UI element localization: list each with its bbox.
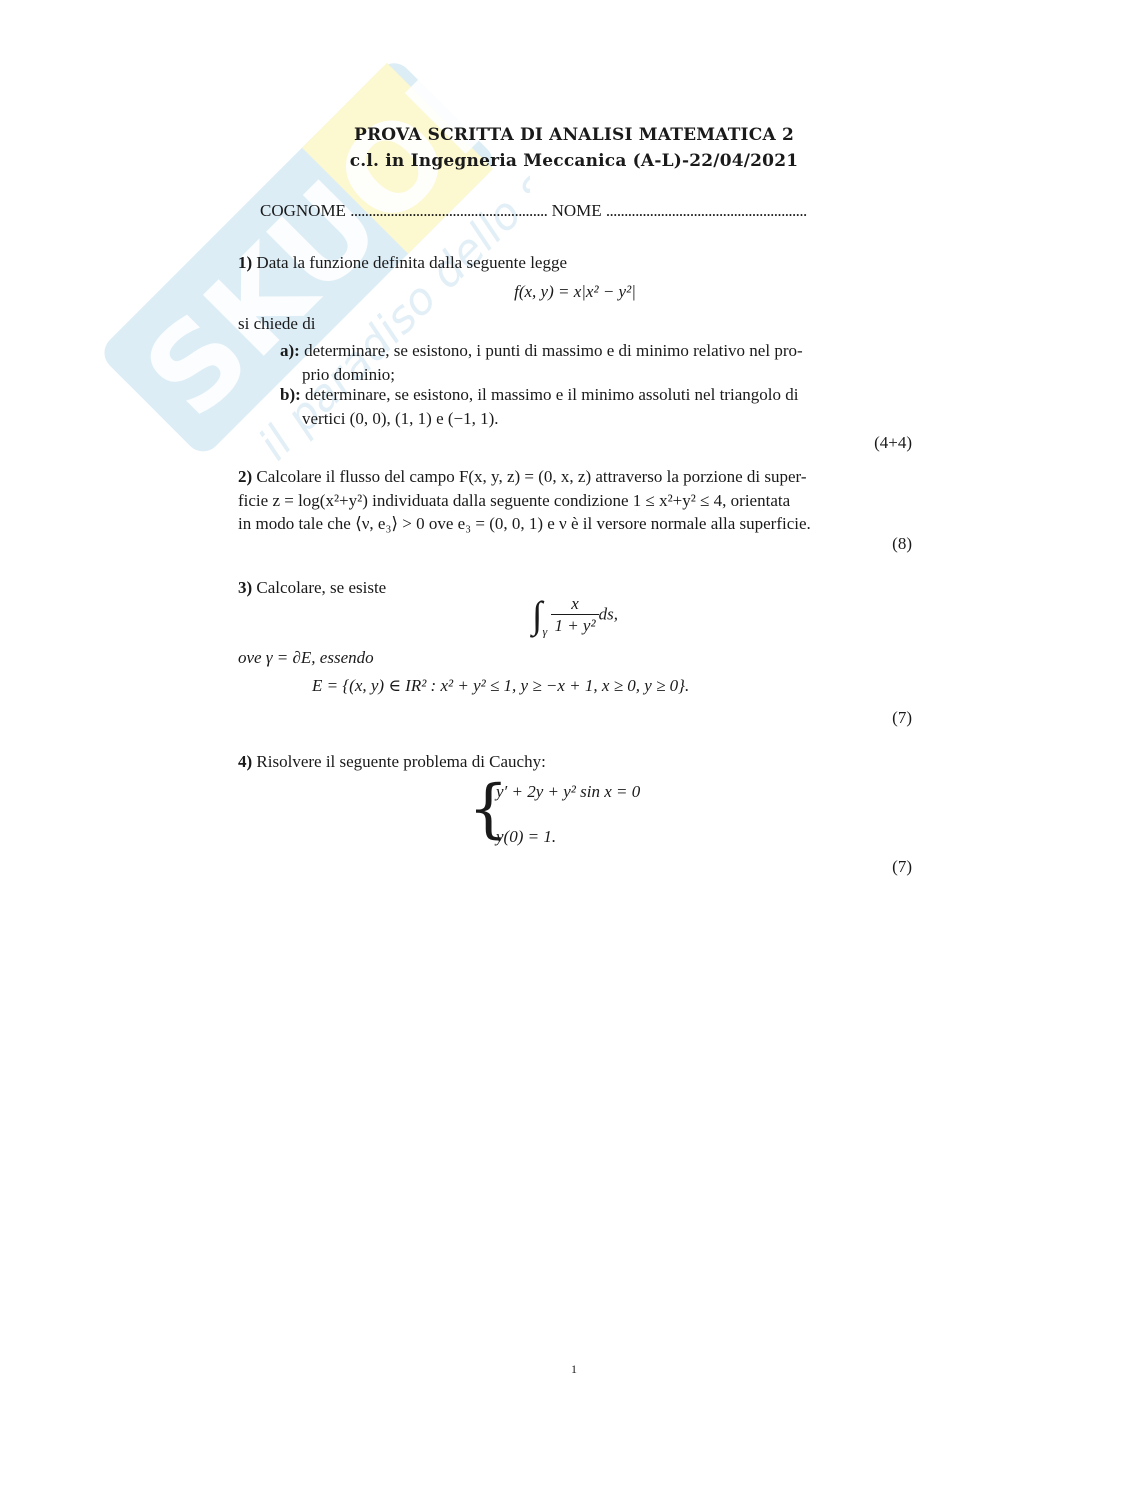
- exercise-2-points: (8): [892, 534, 912, 554]
- exercise-1-lead: si chiede di: [238, 312, 912, 336]
- exercise-1-item-b: b): determinare, se esistono, il massimo…: [280, 383, 912, 430]
- student-fields: COGNOME ................................…: [260, 201, 807, 221]
- exam-subtitle: c.l. in Ingegneria Meccanica (A-L)-22/04…: [0, 151, 1148, 171]
- name-field[interactable]: ........................................…: [606, 201, 807, 220]
- exercise-2-number: 2): [238, 467, 252, 486]
- exercise-1-item-a: a): determinare, se esistono, i punti di…: [280, 339, 912, 386]
- exam-title: PROVA SCRITTA DI ANALISI MATEMATICA 2: [0, 125, 1148, 145]
- surname-label: COGNOME: [260, 201, 346, 220]
- exercise-4-points: (7): [892, 857, 912, 877]
- exercise-1-formula: f(x, y) = x|x² − y²|: [238, 282, 912, 302]
- page-number: 1: [0, 1362, 1148, 1377]
- exercise-3-points: (7): [892, 708, 912, 728]
- exercise-1-intro: 1) Data la funzione definita dalla segue…: [238, 251, 912, 275]
- cauchy-initial-condition: y(0) = 1.: [496, 827, 556, 847]
- exercise-4-intro: 4) Risolvere il seguente problema di Cau…: [238, 750, 912, 774]
- exercise-2-text: 2) Calcolare il flusso del campo F(x, y,…: [238, 465, 912, 536]
- exercise-3-integral: ∫γ x 1 + y² ds,: [238, 594, 912, 637]
- surname-field[interactable]: ........................................…: [350, 201, 547, 220]
- exercise-3-after: ove γ = ∂E, essendo: [238, 646, 912, 670]
- exercise-1-points: (4+4): [874, 433, 912, 453]
- exercise-1-number: 1): [238, 253, 252, 272]
- exam-page: PROVA SCRITTA DI ANALISI MATEMATICA 2 c.…: [0, 0, 1148, 1485]
- exercise-4-number: 4): [238, 752, 252, 771]
- name-label: NOME: [552, 201, 602, 220]
- exercise-3-set: E = {(x, y) ∈ IR² : x² + y² ≤ 1, y ≥ −x …: [312, 676, 689, 696]
- cauchy-equation: y′ + 2y + y² sin x = 0: [496, 782, 640, 802]
